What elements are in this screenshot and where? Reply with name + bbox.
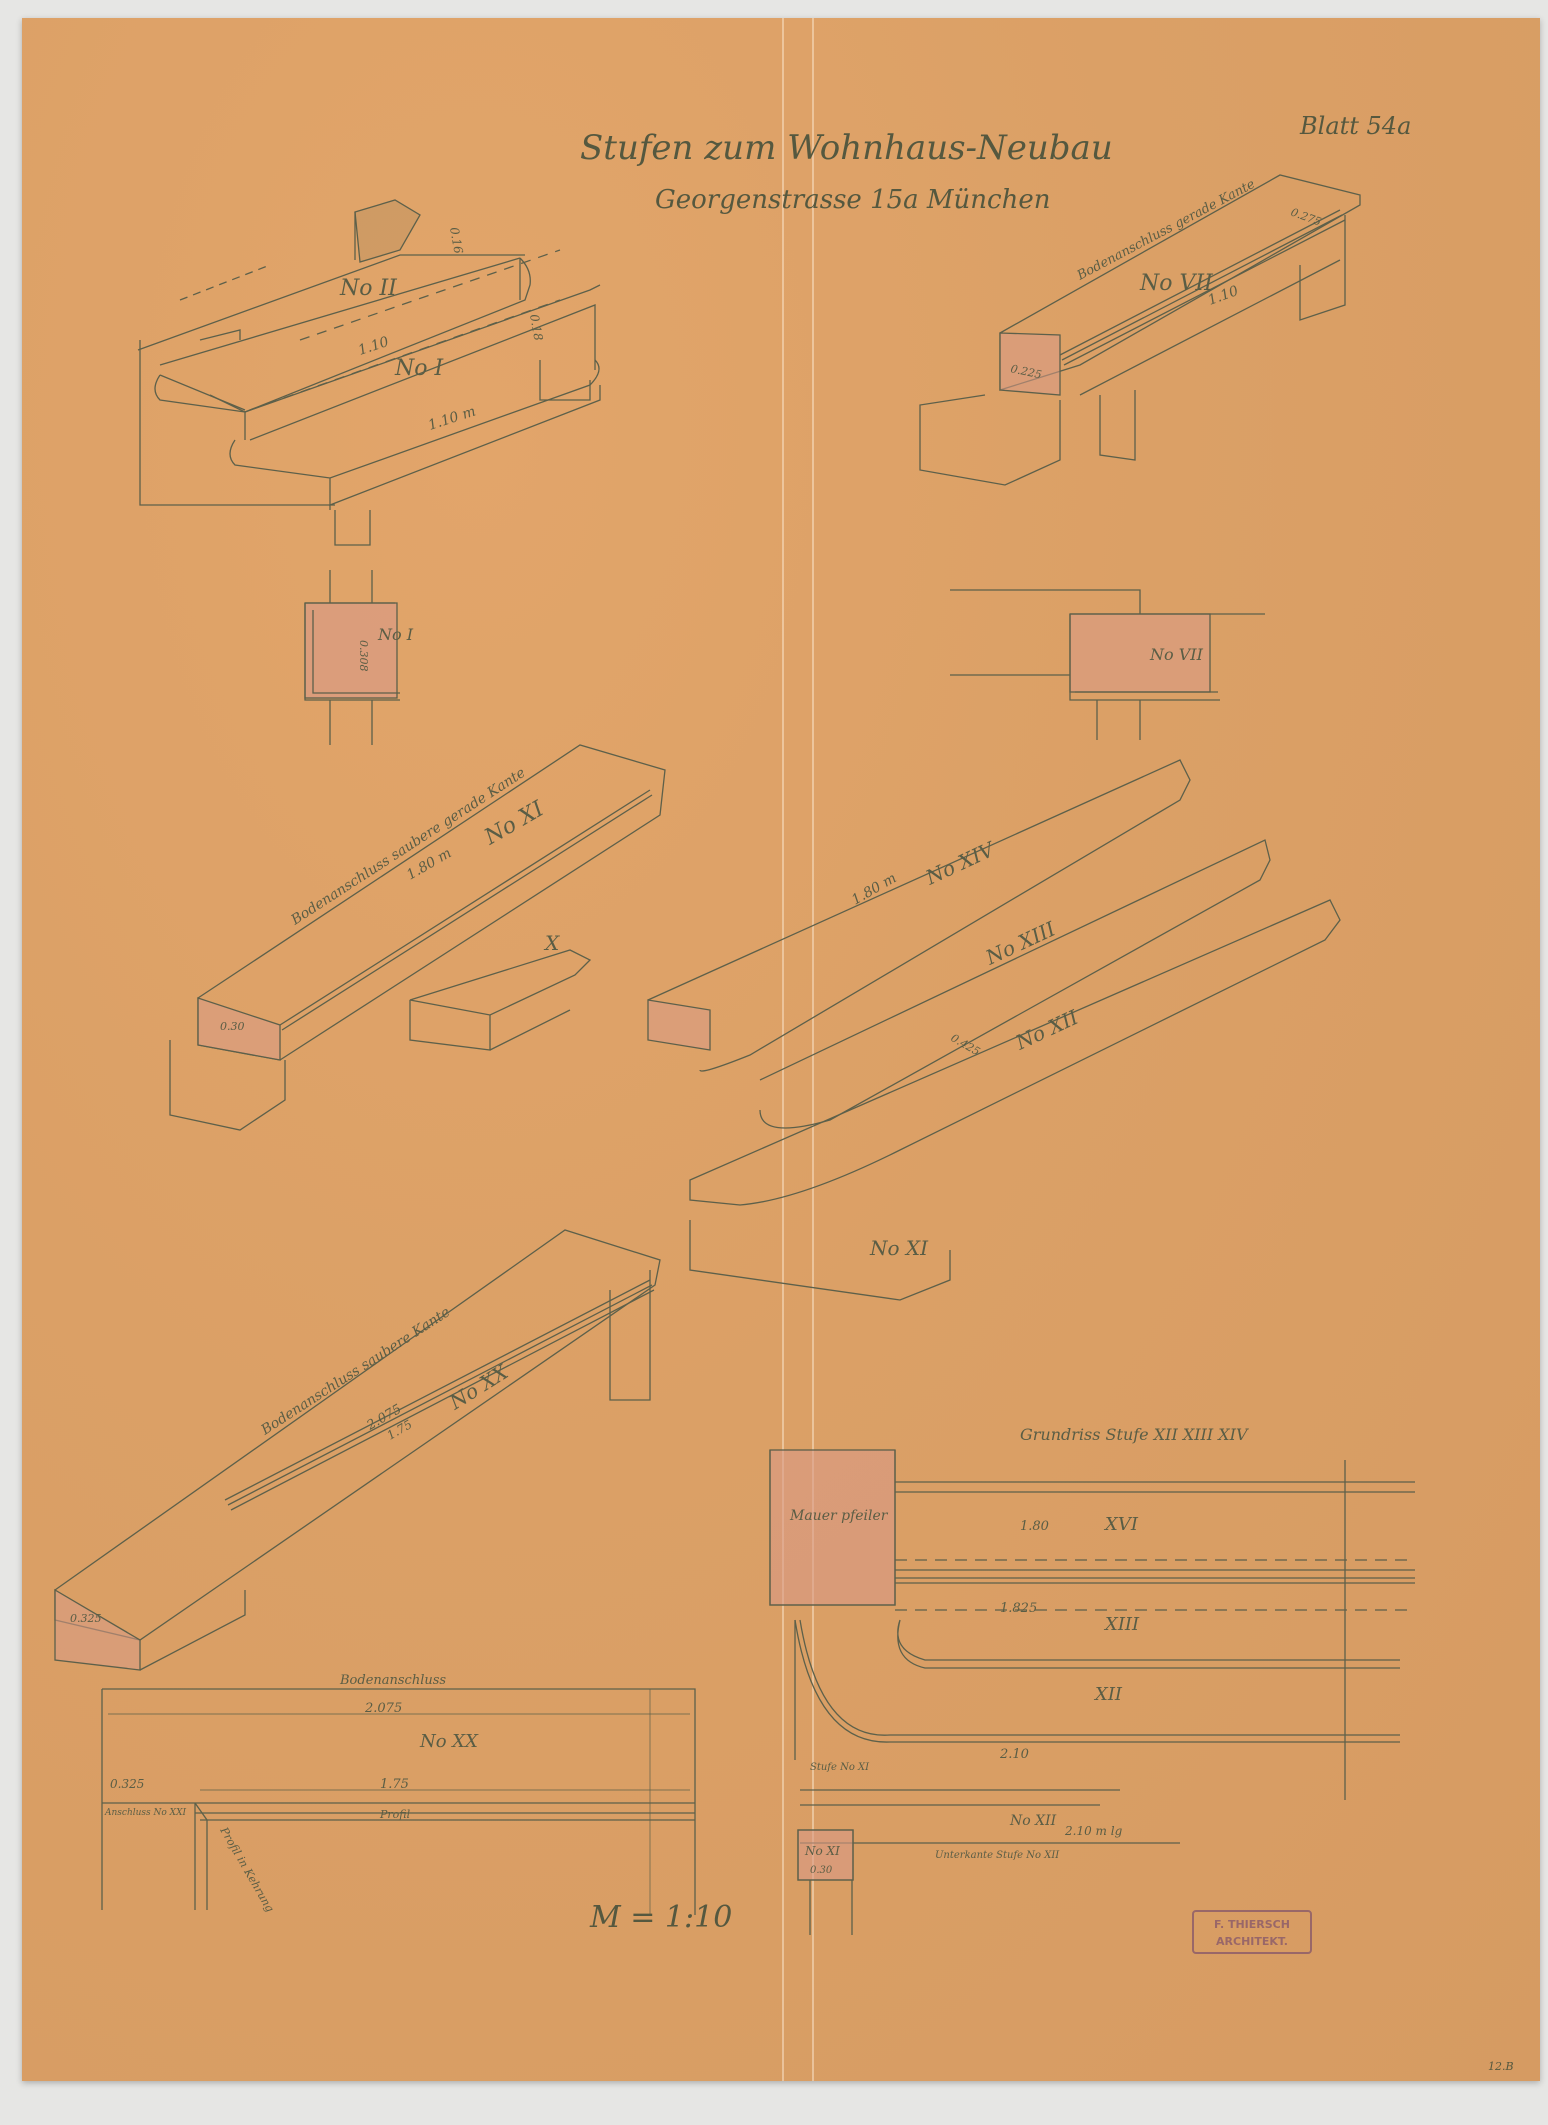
dim-step-7-depth: 0.275 (1289, 206, 1323, 229)
label-step-7: No VII (1139, 271, 1214, 296)
dim-plan-20-total: 2.075 (364, 1701, 402, 1716)
footer-mark: 12.B (1488, 2060, 1514, 2073)
plan-12-14: Grundriss Stufe XII XIII XIV Mauer pfeil… (770, 1425, 1415, 1935)
label-step-2: No II (339, 276, 398, 301)
note-mauer-pfeiler: Mauer pfeiler (789, 1508, 889, 1524)
note-step-7: Bodenanschluss gerade Kante (1074, 177, 1258, 284)
note-plan-20-top: Bodenanschluss (339, 1673, 446, 1688)
dim-12: 2.10 (999, 1747, 1029, 1762)
dim-plan-20-inner: 1.75 (380, 1777, 409, 1792)
steps-12-14-isometric: No XIV No XIII No XII No XI 1.80 m 0.425 (648, 760, 1340, 1300)
steps-1-2-isometric: No II No I 1.10 1.10 m 0.16 0.18 (138, 200, 600, 545)
row-13-label: XIII (1103, 1614, 1140, 1635)
row-16-label: XVI (1103, 1514, 1139, 1535)
dim-length-b: 1.10 m (426, 403, 477, 433)
label-step-12: No XII (1011, 1004, 1083, 1055)
dim-rise-b: 0.18 (527, 313, 545, 342)
dim-section-1: 0.308 (357, 640, 370, 672)
dim-step-11-front: 0.30 (220, 1020, 245, 1033)
note-plan-20-left: Anschluss No XXI (104, 1808, 186, 1818)
section-1: No I 0.308 (305, 570, 414, 745)
pencil-drawings: No II No I 1.10 1.10 m 0.16 0.18 No VII … (0, 0, 1548, 2125)
row-12-label: XII (1093, 1684, 1123, 1705)
sheet-subtitle: Georgenstrasse 15a München (655, 185, 1050, 215)
sheet-title: Stufen zum Wohnhaus-Neubau (580, 128, 1113, 168)
plan-20: No XX Bodenanschluss 2.075 1.75 0.325 An… (102, 1673, 695, 1915)
step-11-isometric: No XI X Bodenanschluss saubere gerade Ka… (170, 745, 665, 1130)
dim-tread: 0.425 (949, 1031, 983, 1058)
label-plan-20: No XX (419, 1731, 479, 1752)
title-plan-12-14: Grundriss Stufe XII XIII XIV (1020, 1425, 1249, 1444)
section-label-12: No XII (1009, 1813, 1057, 1829)
note-step-20: Bodenanschluss saubere Kante (258, 1304, 453, 1439)
section-label-11: No XI (804, 1844, 840, 1858)
label-step-11b: No XI (869, 1236, 929, 1260)
section-7: No VII (950, 590, 1265, 740)
label-section-7: No VII (1149, 645, 1204, 664)
dim-13: 1.825 (1000, 1601, 1037, 1616)
label-step-14: No XIV (921, 836, 1000, 890)
dim-16: 1.80 (1020, 1519, 1049, 1534)
step-20-isometric: No XX Bodenanschluss saubere Kante 2.075… (55, 1230, 660, 1670)
note-stufe-11: Stufe No XI (810, 1762, 870, 1773)
note-unterkante: Unterkante Stufe No XII (935, 1850, 1060, 1861)
stamp-title: ARCHITEKT. (1194, 1933, 1310, 1950)
sheet-number: Blatt 54a (1300, 112, 1411, 140)
note-plan-20-profile-diag: Profil in Kehrung (217, 1824, 277, 1914)
label-step-1: No I (394, 356, 444, 381)
label-step-10: X (543, 931, 560, 955)
label-step-13: No XIII (981, 916, 1060, 970)
label-section-1: No I (377, 625, 414, 644)
section-dim-length: 2.10 m lg (1064, 1824, 1123, 1838)
architect-stamp: F. THIERSCH ARCHITEKT. (1192, 1910, 1312, 1954)
stamp-name: F. THIERSCH (1194, 1916, 1310, 1933)
note-plan-20-profile: Profil (379, 1808, 411, 1821)
dim-step-20-front: 0.325 (70, 1612, 102, 1625)
dim-plan-20-left: 0.325 (110, 1777, 144, 1791)
step-7-isometric: No VII Bodenanschluss gerade Kante 1.10 … (920, 175, 1360, 485)
scale-label: M = 1:10 (590, 1900, 732, 1935)
dim-rise-a: 0.16 (447, 226, 465, 255)
section-dim-11-width: 0.30 (810, 1865, 833, 1876)
